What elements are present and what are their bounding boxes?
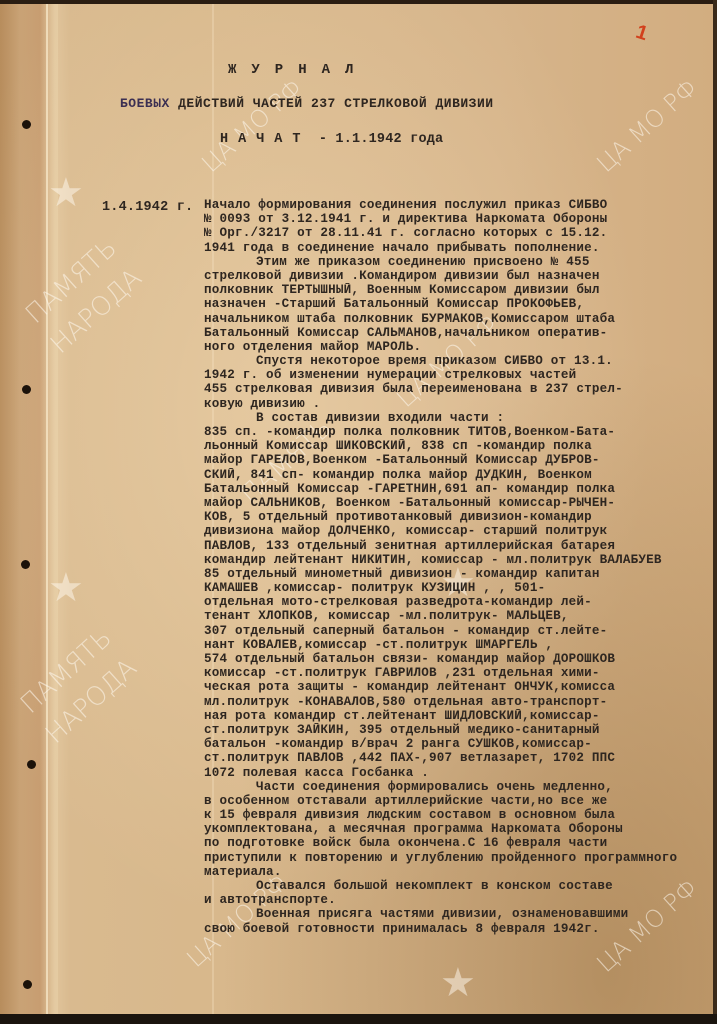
journal-entry-text: Начало формирования соединения послужил … — [204, 198, 717, 936]
text-line: 1941 года в соединение начало прибывать … — [204, 241, 717, 255]
text-line: № Орг./3217 от 28.11.41 г. согласно кото… — [204, 226, 717, 240]
text-line: командир лейтенант НИКИТИН, комиссар - м… — [204, 553, 717, 567]
text-line: КАМАШЕВ ,комиссар- политрук КУЗИЦИН , , … — [204, 581, 717, 595]
text-line: ПАВЛОВ, 133 отдельный зенитная артиллери… — [204, 539, 717, 553]
subtitle-rest: ДЕЙСТВИЙ ЧАСТЕЙ 237 СТРЕЛКОВОЙ ДИВИЗИИ — [178, 96, 493, 111]
text-line: ковую дивизию . — [204, 397, 717, 411]
subtitle-first-word: БОЕВЫХ — [120, 96, 170, 111]
text-line: 574 отдельный батальон связи- командир м… — [204, 652, 717, 666]
text-line: 1072 полевая касса Госбанка . — [204, 766, 717, 780]
binding-hole — [23, 980, 32, 989]
text-line: Спустя некоторое время приказом СИБВО от… — [204, 354, 717, 368]
text-line: Батальонный Комиссар -ГАРЕТНИН,691 ап- к… — [204, 482, 717, 496]
binding-hole — [22, 120, 31, 129]
archival-document-page: ЦА МО РФ ЦА МО РФ ЦА МО РФ ЦА МО РФ ЦА М… — [0, 0, 717, 1024]
text-line: к 15 февраля дивизия людским составом в … — [204, 808, 717, 822]
text-line: Военная присяга частями дивизии, ознамен… — [204, 907, 717, 921]
text-line: полковник ТЕРТЫШНЫЙ, Военным Комиссаром … — [204, 283, 717, 297]
text-line: ст.политрук ПАВЛОВ ,442 ПАХ-,907 ветлаза… — [204, 751, 717, 765]
text-line: дивизиона майор ДОЛЧЕНКО, комиссар- стар… — [204, 524, 717, 538]
text-line: и автотранспорте. — [204, 893, 717, 907]
text-line: материала. — [204, 865, 717, 879]
binding-hole — [27, 760, 36, 769]
text-line: ного отделения майор МАРОЛЬ. — [204, 340, 717, 354]
text-line: В состав дивизии входили части : — [204, 411, 717, 425]
page-number: 1 — [633, 21, 651, 46]
text-line: Батальонный Комиссар САЛЬМАНОВ,начальник… — [204, 326, 717, 340]
text-line: ческая рота защиты - командир лейтенант … — [204, 680, 717, 694]
text-line: ная рота командир ст.лейтенант ШИДЛОВСКИ… — [204, 709, 717, 723]
scan-edge — [713, 0, 717, 1024]
text-line: нант КОВАЛЕВ,комиссар -ст.политрук ШМАРГ… — [204, 638, 717, 652]
text-line: 85 отдельный минометный дивизион - коман… — [204, 567, 717, 581]
entry-date: 1.4.1942 г. — [102, 200, 193, 215]
text-line: майор САЛЬНИКОВ, Военком -Батальонный ко… — [204, 496, 717, 510]
text-line: майор ГАРЕЛОВ,Военком -Батальонный Комис… — [204, 453, 717, 467]
text-line: льонный Комиссар ШИКОВСКИЙ, 838 сп -кома… — [204, 439, 717, 453]
document-title: ЖУРНАЛ — [228, 62, 368, 78]
text-line: 835 сп. -командир полка полковник ТИТОВ,… — [204, 425, 717, 439]
text-line: Начало формирования соединения послужил … — [204, 198, 717, 212]
text-line: мл.политрук -КОНАВАЛОВ,580 отдельная авт… — [204, 695, 717, 709]
text-line: укомплектована, а месячная программа Нар… — [204, 822, 717, 836]
started-date: - 1.1.1942 года — [319, 132, 444, 147]
binding-margin — [0, 0, 58, 1024]
text-line: отдельная мото-стрелковая разведрота-ком… — [204, 595, 717, 609]
text-line: свою боевой готовности принималась 8 фев… — [204, 922, 717, 936]
started-label: НАЧАТ — [220, 132, 311, 147]
star-watermark-icon: ★ — [440, 960, 476, 1006]
text-line: тенант ХЛОПКОВ, комиссар -мл.политрук- М… — [204, 609, 717, 623]
text-line: начальником штаба полковник БУРМАКОВ,Ком… — [204, 312, 717, 326]
text-line: батальон -командир в/врач 2 ранга СУШКОВ… — [204, 737, 717, 751]
text-line: КОВ, 5 отдельный противотанковый дивизио… — [204, 510, 717, 524]
text-line: назначен -Старший Батальонный Комиссар П… — [204, 297, 717, 311]
text-line: Оставался большой некомплект в конском с… — [204, 879, 717, 893]
text-line: приступили к повторению и углублению про… — [204, 851, 717, 865]
text-line: 1942 г. об изменении нумерации стрелковы… — [204, 368, 717, 382]
archive-watermark: ЦА МО РФ — [591, 74, 703, 178]
text-line: комиссар -ст.политрук ГАВРИЛОВ ,231 отде… — [204, 666, 717, 680]
memory-watermark-line-2: НАРОДА — [45, 263, 148, 360]
text-line: 307 отдельный саперный батальон - команд… — [204, 624, 717, 638]
binding-hole — [22, 385, 31, 394]
text-line: по подготовке войск была окончена.С 16 ф… — [204, 836, 717, 850]
start-date-line: НАЧАТ - 1.1.1942 года — [220, 132, 443, 147]
text-line: в особенном отставали артиллерийские час… — [204, 794, 717, 808]
text-line: Этим же приказом соединению присвоено № … — [204, 255, 717, 269]
paper-crease — [46, 0, 48, 1024]
scan-edge — [0, 1014, 717, 1024]
text-line: 455 стрелковая дивизия была переименован… — [204, 382, 717, 396]
document-subtitle: БОЕВЫХ ДЕЙСТВИЙ ЧАСТЕЙ 237 СТРЕЛКОВОЙ ДИ… — [120, 96, 494, 111]
text-line: стрелковой дивизии .Командиром дивизии б… — [204, 269, 717, 283]
text-line: № 0093 от 3.12.1941 г. и директива Нарко… — [204, 212, 717, 226]
binding-hole — [21, 560, 30, 569]
scan-edge — [0, 0, 717, 4]
text-line: Части соединения формировались очень мед… — [204, 780, 717, 794]
text-line: ст.политрук ЗАЙКИН, 395 отдельный медико… — [204, 723, 717, 737]
text-line: СКИЙ, 841 сп- командир полка майор ДУДКИ… — [204, 468, 717, 482]
